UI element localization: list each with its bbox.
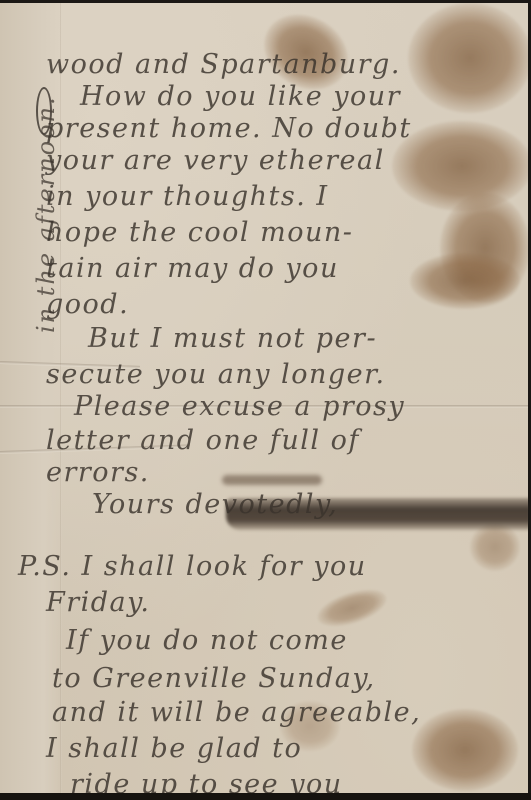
letter-line: and it will be agreeable, [52, 699, 421, 726]
letter-line: present home. No doubt [46, 115, 412, 142]
stain [470, 523, 520, 571]
letter-line: your are very ethereal [46, 147, 385, 174]
letter-line: in your thoughts. I [46, 183, 329, 210]
stain [408, 3, 528, 113]
letter-line: wood and Spartanburg. [46, 51, 401, 78]
letter-line: letter and one full of [46, 427, 360, 454]
letter-line: to Greenville Sunday, [52, 665, 376, 692]
ink-smear [222, 475, 322, 485]
letter-line: I shall be glad to [46, 735, 302, 762]
letter-postscript: P.S. I shall look for you [18, 553, 367, 580]
stain [410, 253, 520, 309]
letter-line: tain air may do you [46, 255, 339, 282]
stain [392, 121, 528, 211]
letter-page: in the afternoon. wood and Spartanburg. … [0, 3, 528, 794]
letter-line: How do you like your [80, 83, 401, 110]
letter-line: errors. [46, 459, 150, 486]
scan-bottom-edge [0, 793, 531, 800]
letter-closing: Yours devotedly, [92, 491, 338, 518]
letter-line: secute you any longer. [46, 361, 386, 388]
stain [412, 709, 518, 791]
letter-line: good. [46, 291, 129, 318]
letter-line: Please excuse a prosy [74, 393, 405, 420]
letter-line: If you do not come [66, 627, 348, 654]
letter-line: Friday. [46, 589, 150, 616]
letter-line: ride up to see you [70, 771, 343, 794]
letter-line: hope the cool moun- [46, 219, 353, 246]
letter-line: But I must not per- [88, 325, 377, 352]
